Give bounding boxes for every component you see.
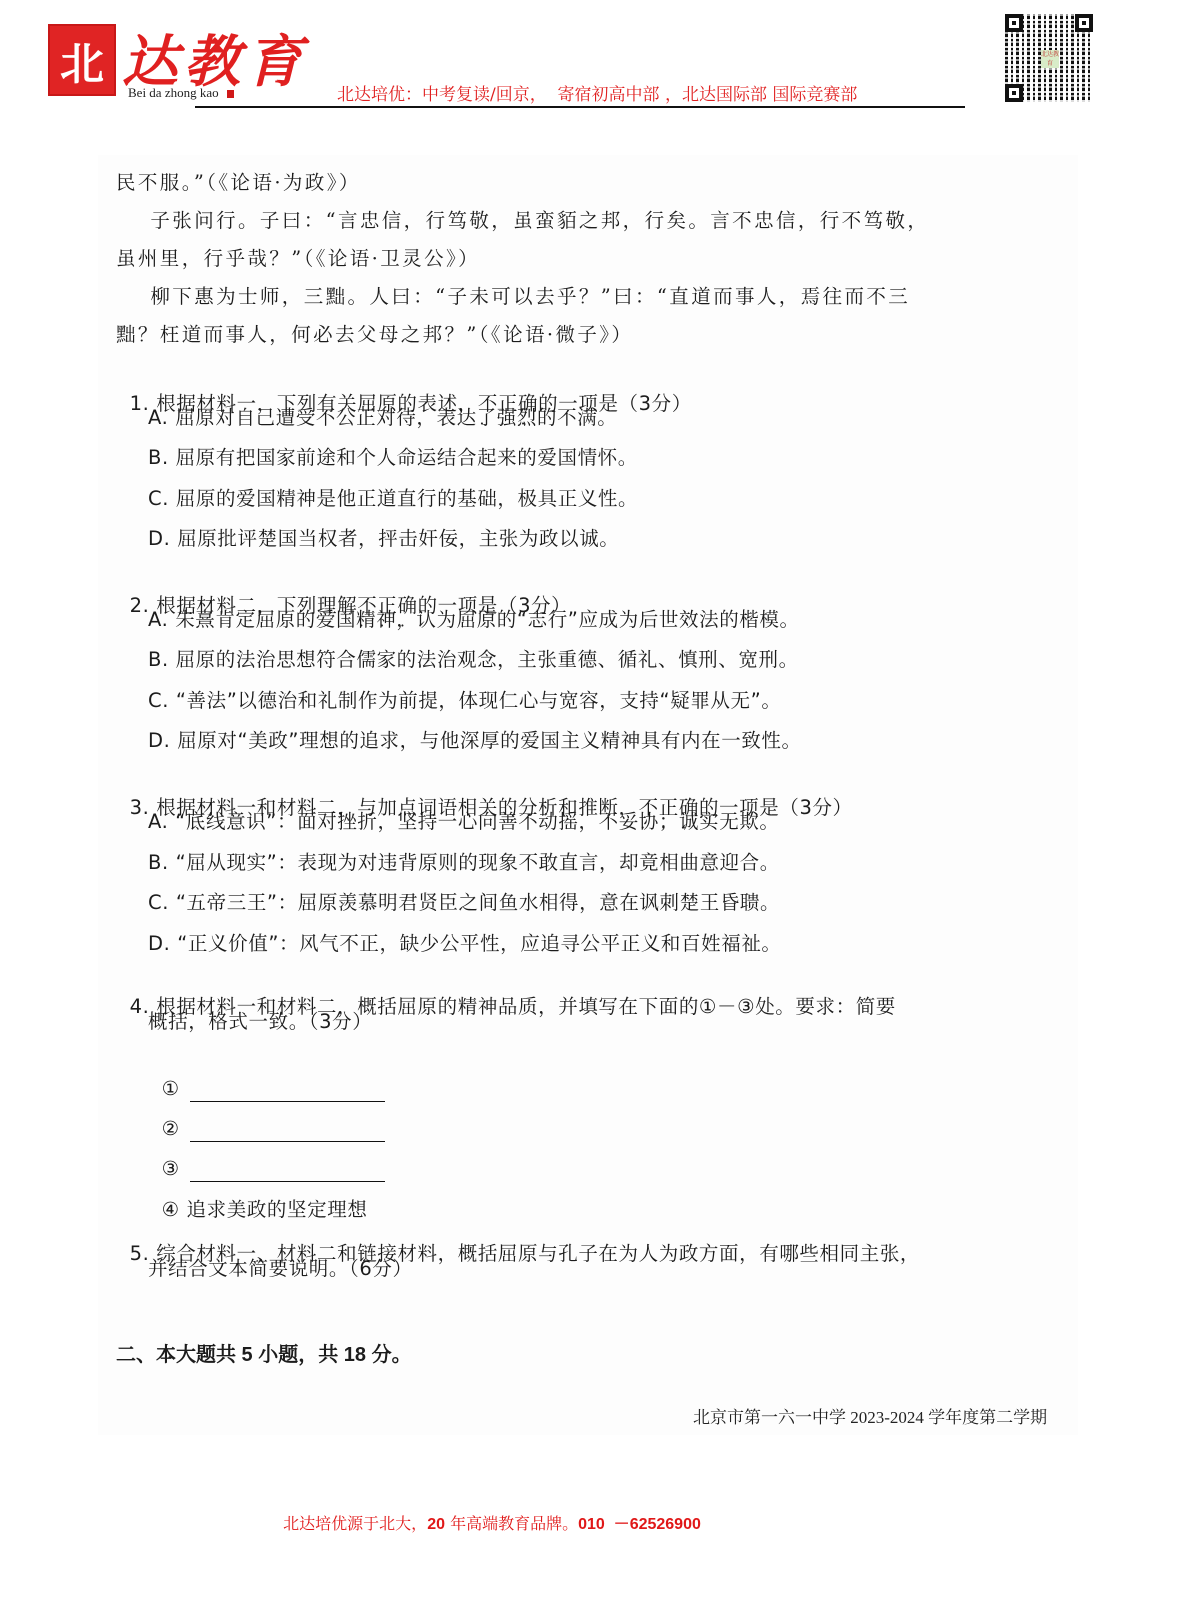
qr-finder-icon bbox=[1005, 14, 1023, 32]
option-d: D. 屈原批评楚国当权者，抨击奸佞，主张为政以诚。 bbox=[148, 526, 619, 552]
footer-phone-area: 010 bbox=[578, 1516, 605, 1533]
footer-text: 年高端教育品牌。 bbox=[445, 1514, 578, 1533]
footer-years: 20 bbox=[427, 1516, 445, 1533]
passage-line: 子张问行。子曰：“言忠信，行笃敬，虽蛮貊之邦，行矣。言不忠信，行不笃敬， bbox=[116, 208, 929, 234]
option-d: D. “正义价值”：风气不正，缺少公平性，应追寻公平正义和百姓福祉。 bbox=[148, 931, 782, 957]
option-b: B. 屈原有把国家前途和个人命运结合起来的爱国情怀。 bbox=[148, 445, 638, 471]
logo-subtitle-text: Bei da zhong kao bbox=[128, 85, 219, 100]
qr-code-icon: 北达教育 bbox=[1005, 14, 1093, 102]
question-number: 2. bbox=[130, 594, 150, 617]
option-c: C. “善法”以德治和礼制作为前提，体现仁心与宽容，支持“疑罪从无”。 bbox=[148, 688, 781, 714]
header: 北 达教育 Bei da zhong kao 北达培优：中考复读/回京， 寄宿初… bbox=[0, 0, 1181, 130]
qr-finder-icon bbox=[1005, 84, 1023, 102]
question-4-stem-cont: 概括，格式一致。（3分） bbox=[148, 1009, 372, 1035]
question-number: 5. bbox=[130, 1242, 150, 1265]
option-a: A. 朱熹肯定屈原的爱国精神，认为屈原的“志行”应成为后世效法的楷模。 bbox=[148, 607, 800, 633]
section-heading: 二、本大题共 5 小题，共 18 分。 bbox=[116, 1342, 412, 1368]
header-slogan: 北达培优：中考复读/回京， 寄宿初高中部 ，北达国际部 国际竞赛部 bbox=[337, 80, 857, 105]
question-5-stem-cont: 并结合文本简要说明。（6分） bbox=[148, 1256, 413, 1282]
logo-subtitle: Bei da zhong kao bbox=[128, 85, 234, 101]
qr-finder-icon bbox=[1075, 14, 1093, 32]
footer-phone-sep: － bbox=[605, 1516, 630, 1533]
option-b: B. 屈原的法治思想符合儒家的法治观念，主张重德、循礼、慎刑、宽刑。 bbox=[148, 647, 799, 673]
school-exam-title: 北京市第一六一中学 2023-2024 学年度第二学期 bbox=[693, 1405, 1047, 1431]
option-a: A. 屈原对自己遭受不公正对待，表达了强烈的不满。 bbox=[148, 405, 617, 431]
qr-logo: 北达教育 bbox=[1041, 50, 1059, 68]
red-square-icon bbox=[227, 90, 234, 98]
option-b: B. “屈从现实”：表现为对违背原则的现象不敢直言，却竟相曲意迎合。 bbox=[148, 850, 780, 876]
passage-line: 黜？枉道而事人，何必去父母之邦？”（《论语·微子》） bbox=[116, 322, 633, 348]
header-divider bbox=[195, 106, 965, 108]
option-d: D. 屈原对“美政”理想的追求，与他深厚的爱国主义精神具有内在一致性。 bbox=[148, 728, 802, 754]
footer-text: 北达培优源于北大， bbox=[283, 1514, 427, 1533]
passage-line: 虽州里，行乎哉？”（《论语·卫灵公》） bbox=[116, 246, 480, 272]
question-number: 1. bbox=[130, 392, 150, 415]
footer-ad: 北达培优源于北大，20 年高端教育品牌。010 －62526900 bbox=[273, 1485, 701, 1538]
footer-phone-number: 62526900 bbox=[630, 1516, 701, 1533]
passage-line: 民不服。”（《论语·为政》） bbox=[116, 170, 361, 196]
passage-line: 柳下惠为士师，三黜。人曰：“子未可以去乎？”曰：“直道而事人，焉往而不三 bbox=[116, 284, 910, 310]
logo-mark-text: 北 bbox=[60, 28, 104, 92]
question-number: 3. bbox=[130, 796, 150, 819]
question-number: 4. bbox=[130, 995, 150, 1018]
option-c: C. 屈原的爱国精神是他正道直行的基础，极具正义性。 bbox=[148, 486, 638, 512]
option-c: C. “五帝三王”：屈原羡慕明君贤臣之间鱼水相得，意在讽刺楚王昏聩。 bbox=[148, 890, 780, 916]
logo-mark: 北 bbox=[48, 24, 116, 96]
option-a: A. “底线意识”：面对挫折，坚持一心向善不动摇，不妥协；诚实无欺。 bbox=[148, 809, 780, 835]
